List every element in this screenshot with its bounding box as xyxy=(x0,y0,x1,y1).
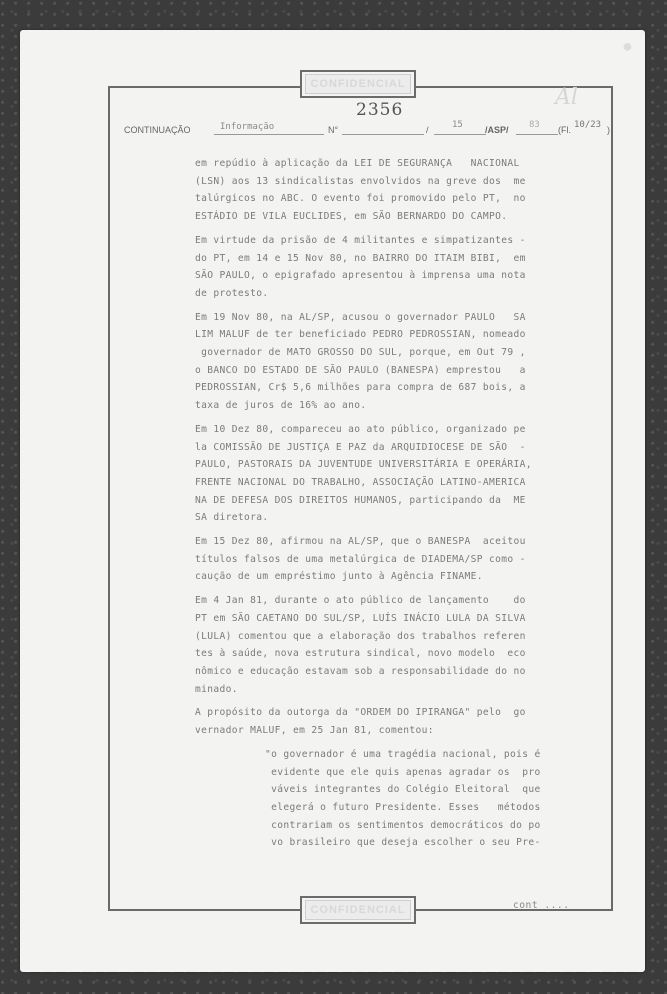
document-body: em repúdio à aplicação da LEI DE SEGURAN… xyxy=(195,155,605,858)
page-corner-mark: ● xyxy=(622,36,633,57)
quote-line: contrariam os sentimentos democráticos d… xyxy=(265,817,605,835)
block-quote: "o governador é uma tragédia nacional, p… xyxy=(265,746,605,852)
paragraph: Em 19 Nov 80, na AL/SP, acusou o governa… xyxy=(195,309,605,415)
paragraph: Em 4 Jan 81, durante o ato público de la… xyxy=(195,592,605,698)
text-line: PT em SÃO CAETANO DO SUL/SP, LUÍS INÁCIO… xyxy=(195,610,605,628)
text-line: o BANCO DO ESTADO DE SÃO PAULO (BANESPA)… xyxy=(195,362,605,380)
paragraph: Em virtude da prisão de 4 militantes e s… xyxy=(195,232,605,303)
text-line: Em virtude da prisão de 4 militantes e s… xyxy=(195,232,605,250)
text-line: la COMISSÃO DE JUSTIÇA E PAZ da ARQUIDIO… xyxy=(195,439,605,457)
text-line: Em 19 Nov 80, na AL/SP, acusou o governa… xyxy=(195,309,605,327)
text-line: FRENTE NACIONAL DO TRABALHO, ASSOCIAÇÃO … xyxy=(195,474,605,492)
classification-stamp-text: CONFIDENCIAL xyxy=(305,74,411,94)
classification-stamp-top: CONFIDENCIAL xyxy=(300,70,416,98)
text-line: do PT, em 14 e 15 Nov 80, no BAIRRO DO I… xyxy=(195,250,605,268)
text-line: nômico e educação estavam sob a responsa… xyxy=(195,663,605,681)
continuation-marker: cont .... xyxy=(513,900,569,911)
text-line: talúrgicos no ABC. O evento foi promovid… xyxy=(195,190,605,208)
continuation-label: CONTINUAÇÃO xyxy=(124,125,191,135)
agency-label: /ASP/ xyxy=(485,125,509,135)
text-line: taxa de juros de 16% ao ano. xyxy=(195,397,605,415)
text-line: SA diretora. xyxy=(195,509,605,527)
text-line: SÃO PAULO, o epigrafado apresentou à imp… xyxy=(195,267,605,285)
year: 83 xyxy=(529,120,540,130)
text-line: governador de MATO GROSSO DO SUL, porque… xyxy=(195,344,605,362)
classification-stamp-text: CONFIDENCIAL xyxy=(305,900,411,920)
text-line: de protesto. xyxy=(195,285,605,303)
handwritten-annotation: Al xyxy=(555,85,605,125)
text-line: ESTÁDIO DE VILA EUCLIDES, em SÃO BERNARD… xyxy=(195,208,605,226)
text-line: LIM MALUF de ter beneficiado PEDRO PEDRO… xyxy=(195,326,605,344)
quote-line: evidente que ele quis apenas agradar os … xyxy=(265,764,605,782)
sheet-label: (Fl. xyxy=(558,125,571,135)
text-line: vernador MALUF, em 25 Jan 81, comentou: xyxy=(195,722,605,740)
text-line: títulos falsos de uma metalúrgica de DIA… xyxy=(195,551,605,569)
text-line: (LSN) aos 13 sindicalistas envolvidos na… xyxy=(195,173,605,191)
sheet-number: 10/23 xyxy=(574,120,601,130)
quote-line: "o governador é uma tragédia nacional, p… xyxy=(265,746,605,764)
quote-line: vo brasileiro que deseja escolher o seu … xyxy=(265,834,605,852)
text-line: Em 4 Jan 81, durante o ato público de la… xyxy=(195,592,605,610)
text-line: Em 10 Dez 80, compareceu ao ato público,… xyxy=(195,421,605,439)
document-header: CONTINUAÇÃO Informação N° / 15 /ASP/ 83 … xyxy=(124,122,614,140)
text-line: A propósito da outorga da "ORDEM DO IPIR… xyxy=(195,704,605,722)
text-line: PAULO, PASTORAIS DA JUVENTUDE UNIVERSITÁ… xyxy=(195,456,605,474)
text-line: em repúdio à aplicação da LEI DE SEGURAN… xyxy=(195,155,605,173)
paragraph: Em 15 Dez 80, afirmou na AL/SP, que o BA… xyxy=(195,533,605,586)
text-line: NA DE DEFESA DOS DIREITOS HUMANOS, parti… xyxy=(195,492,605,510)
quote-line: váveis integrantes do Colégio Eleitoral … xyxy=(265,781,605,799)
sequence-number: 15 xyxy=(452,120,463,130)
classification-stamp-bottom: CONFIDENCIAL xyxy=(300,896,416,924)
paragraph: Em 10 Dez 80, compareceu ao ato público,… xyxy=(195,421,605,527)
paragraph: em repúdio à aplicação da LEI DE SEGURAN… xyxy=(195,155,605,226)
number-label: N° xyxy=(328,125,338,135)
text-line: caução de um empréstimo junto à Agência … xyxy=(195,568,605,586)
text-line: Em 15 Dez 80, afirmou na AL/SP, que o BA… xyxy=(195,533,605,551)
text-line: tes à saúde, nova estrutura sindical, no… xyxy=(195,645,605,663)
text-line: PEDROSSIAN, Cr$ 5,6 milhões para compra … xyxy=(195,379,605,397)
paragraph: A propósito da outorga da "ORDEM DO IPIR… xyxy=(195,704,605,739)
text-line: (LULA) comentou que a elaboração dos tra… xyxy=(195,628,605,646)
document-type: Informação xyxy=(220,122,274,132)
document-number: 2356 xyxy=(356,100,403,120)
quote-line: elegerá o futuro Presidente. Esses métod… xyxy=(265,799,605,817)
text-line: minado. xyxy=(195,681,605,699)
